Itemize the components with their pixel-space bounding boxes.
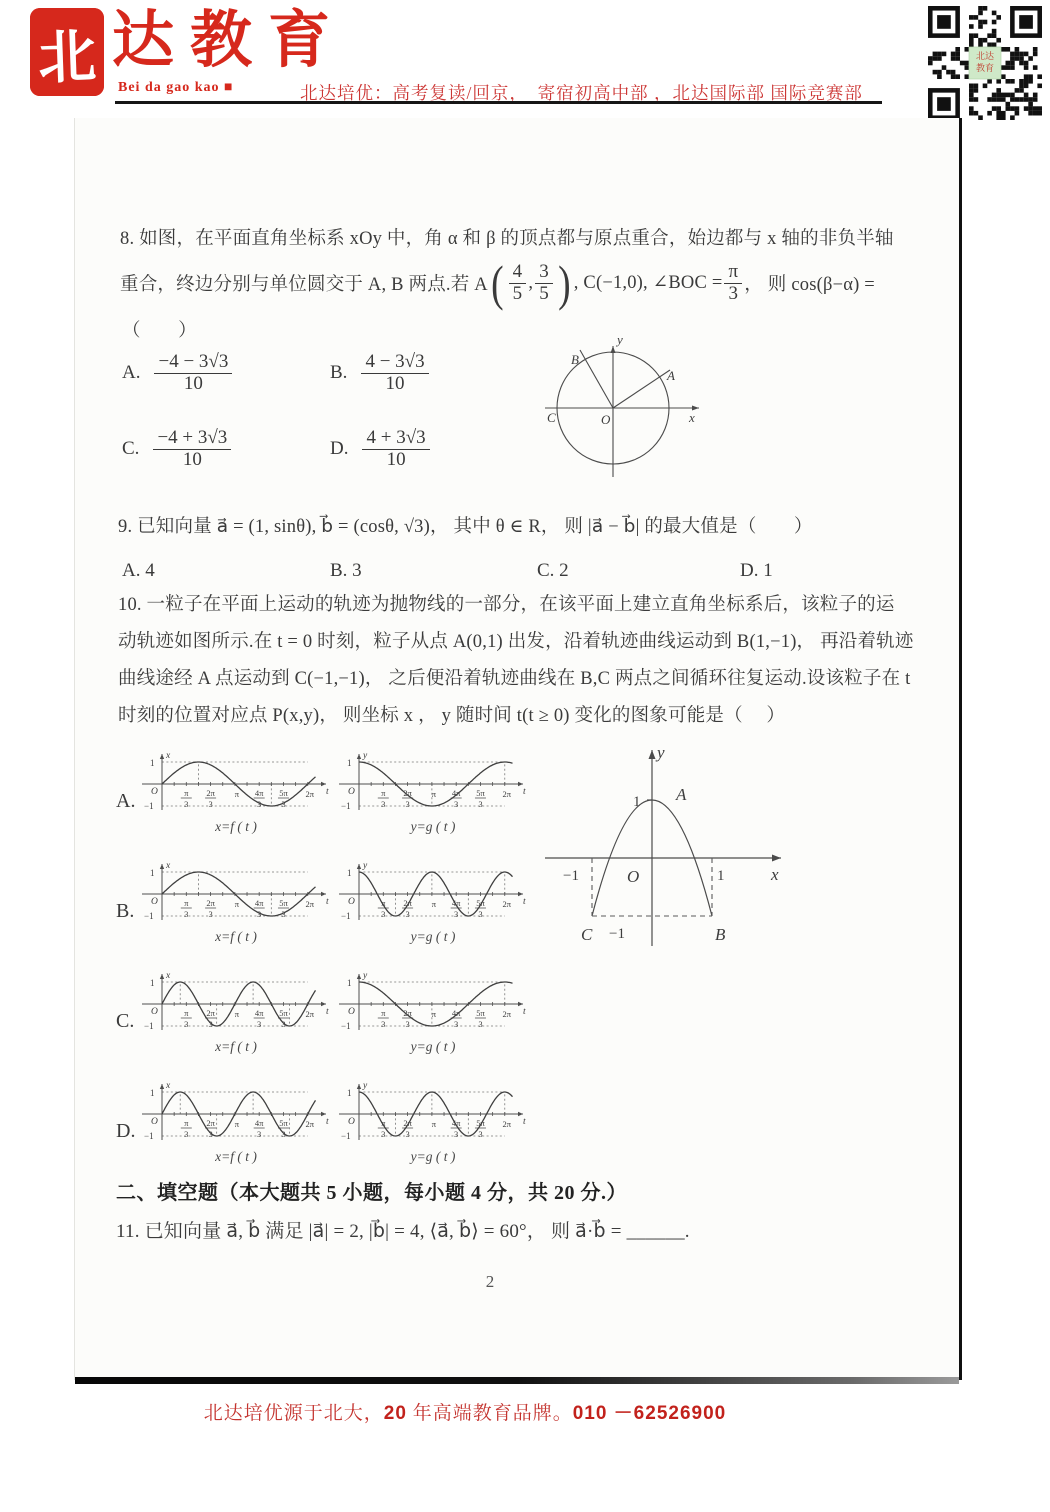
q9-option-d: D. 1: [740, 560, 773, 582]
svg-text:−1: −1: [341, 1131, 351, 1141]
graph-caption: y=g ( t ): [335, 1149, 531, 1165]
svg-text:1: 1: [633, 794, 641, 810]
svg-text:3: 3: [454, 1129, 458, 1139]
svg-text:π: π: [184, 1118, 189, 1128]
q8-option-a: A. −4 − 3√310: [122, 352, 234, 395]
svg-text:π: π: [432, 899, 437, 909]
svg-text:π: π: [381, 1008, 386, 1018]
svg-text:1: 1: [717, 868, 725, 884]
svg-text:3: 3: [208, 799, 212, 809]
svg-text:O: O: [151, 1117, 158, 1127]
q8-unit-circle-figure: y x O A B C: [543, 332, 728, 505]
svg-text:x: x: [165, 971, 171, 981]
svg-text:2π: 2π: [206, 788, 215, 798]
svg-text:1: 1: [347, 758, 352, 768]
q10-option-b-label: B.: [116, 900, 134, 923]
svg-text:5π: 5π: [476, 1008, 485, 1018]
q8-option-d: D. 4 + 3√310: [330, 428, 432, 471]
svg-text:4π: 4π: [452, 788, 461, 798]
q10-option-d-label: D.: [116, 1120, 135, 1143]
svg-text:5π: 5π: [279, 1118, 288, 1128]
q11-line: 11. 已知向量 a⃗, b⃗ 满足 |a⃗| = 2, |b⃗| = 4, ⟨…: [116, 1216, 690, 1243]
q10-option-c-label: C.: [116, 1010, 134, 1033]
svg-text:5π: 5π: [279, 1008, 288, 1018]
svg-text:π: π: [235, 1119, 240, 1129]
q9-option-a: A. 4: [122, 560, 155, 582]
q10-option-d-graph-x: xtO1−1π32π3π4π35π32πx=f ( t ): [138, 1078, 334, 1142]
svg-text:O: O: [151, 897, 158, 907]
q10-option-c-graph-y: ytO1−1π32π3π4π35π32πy=g ( t ): [335, 968, 531, 1032]
svg-text:−1: −1: [341, 801, 351, 811]
svg-text:5π: 5π: [279, 788, 288, 798]
svg-text:2π: 2π: [502, 1119, 511, 1129]
q10-option-a-label: A.: [116, 790, 135, 813]
svg-text:π: π: [235, 1009, 240, 1019]
svg-text:3: 3: [478, 1129, 482, 1139]
svg-text:3: 3: [257, 799, 261, 809]
seal-character: 北: [37, 9, 98, 95]
svg-text:B: B: [571, 352, 579, 367]
svg-text:3: 3: [184, 909, 188, 919]
svg-text:O: O: [601, 412, 611, 427]
q8-line1: 8. 如图，在平面直角坐标系 xOy 中，角 α 和 β 的顶点都与原点重合，始…: [120, 224, 894, 250]
q8-option-c: C. −4 + 3√310: [122, 428, 233, 471]
svg-text:π: π: [381, 898, 386, 908]
svg-text:2π: 2π: [305, 789, 314, 799]
q10-line4: 时刻的位置对应点 P(x,y)， 则坐标 x ， y 随时间 t(t ≥ 0) …: [118, 701, 785, 727]
svg-text:3: 3: [257, 909, 261, 919]
q9-option-b: B. 3: [330, 560, 362, 582]
svg-text:4π: 4π: [452, 1118, 461, 1128]
svg-text:1: 1: [347, 1088, 352, 1098]
svg-text:t: t: [523, 787, 526, 797]
svg-text:3: 3: [184, 1129, 188, 1139]
svg-text:t: t: [523, 897, 526, 907]
svg-text:3: 3: [257, 1129, 261, 1139]
brand-subtitle: Bei da gao kao ■: [118, 80, 233, 96]
svg-text:4π: 4π: [255, 1008, 264, 1018]
svg-text:3: 3: [281, 1019, 285, 1029]
svg-text:B: B: [715, 925, 726, 944]
svg-text:π: π: [381, 788, 386, 798]
svg-text:5π: 5π: [279, 898, 288, 908]
q10-option-a-graph-y: ytO1−1π32π3π4π35π32πy=g ( t ): [335, 748, 531, 812]
svg-text:2π: 2π: [403, 1008, 412, 1018]
svg-text:3: 3: [257, 1019, 261, 1029]
svg-text:y: y: [362, 1081, 368, 1091]
svg-text:3: 3: [381, 1019, 385, 1029]
q9-option-c: C. 2: [537, 560, 569, 582]
graph-caption: y=g ( t ): [335, 819, 531, 835]
svg-text:π: π: [184, 898, 189, 908]
svg-text:5π: 5π: [476, 898, 485, 908]
svg-text:3: 3: [281, 1129, 285, 1139]
svg-text:1: 1: [150, 758, 155, 768]
svg-text:2π: 2π: [305, 1119, 314, 1129]
header-divider: [115, 101, 882, 104]
svg-text:2π: 2π: [305, 899, 314, 909]
svg-text:4π: 4π: [255, 788, 264, 798]
svg-text:−1: −1: [144, 911, 154, 921]
svg-text:3: 3: [381, 1129, 385, 1139]
graph-caption: x=f ( t ): [138, 929, 334, 945]
svg-text:3: 3: [281, 909, 285, 919]
svg-text:π: π: [235, 899, 240, 909]
svg-text:x: x: [165, 861, 171, 871]
svg-text:y: y: [362, 861, 368, 871]
svg-text:1: 1: [150, 978, 155, 988]
svg-text:O: O: [348, 1117, 355, 1127]
graph-caption: x=f ( t ): [138, 1149, 334, 1165]
q8-answer-blank: （ ）: [122, 316, 197, 342]
svg-text:5π: 5π: [476, 788, 485, 798]
svg-text:3: 3: [281, 799, 285, 809]
svg-text:t: t: [326, 1117, 329, 1127]
svg-text:北达: 北达: [976, 50, 994, 61]
svg-text:2π: 2π: [403, 898, 412, 908]
svg-text:2π: 2π: [206, 1118, 215, 1128]
svg-text:−1: −1: [144, 1021, 154, 1031]
svg-text:t: t: [326, 1007, 329, 1017]
svg-text:3: 3: [208, 1019, 212, 1029]
svg-text:2π: 2π: [305, 1009, 314, 1019]
svg-text:2π: 2π: [403, 788, 412, 798]
svg-text:3: 3: [208, 909, 212, 919]
svg-text:π: π: [432, 1119, 437, 1129]
svg-text:3: 3: [454, 799, 458, 809]
fraction-3-5: 35: [535, 262, 553, 305]
q10-option-c-graph-x: xtO1−1π32π3π4π35π32πx=f ( t ): [138, 968, 334, 1032]
q10-option-d-graph-y: ytO1−1π32π3π4π35π32πy=g ( t ): [335, 1078, 531, 1142]
svg-text:y: y: [655, 743, 665, 762]
svg-text:4π: 4π: [452, 898, 461, 908]
svg-text:2π: 2π: [206, 898, 215, 908]
svg-text:t: t: [523, 1007, 526, 1017]
svg-text:y: y: [362, 751, 368, 761]
svg-text:−1: −1: [341, 911, 351, 921]
svg-text:O: O: [151, 1007, 158, 1017]
svg-text:1: 1: [150, 868, 155, 878]
footer-phone: 010 －62526900: [573, 1403, 727, 1424]
q8-option-b: B. 4 − 3√310: [330, 352, 431, 395]
svg-text:3: 3: [381, 799, 385, 809]
svg-text:3: 3: [478, 799, 482, 809]
svg-text:O: O: [627, 867, 639, 886]
fraction-pi-3: π3: [724, 262, 742, 305]
svg-text:3: 3: [478, 1019, 482, 1029]
svg-text:2π: 2π: [206, 1008, 215, 1018]
q8-line2: 重合，终边分别与单位圆交于 A, B 两点.若 A ( 45 , 35 ) , …: [120, 252, 875, 314]
svg-text:π: π: [184, 1008, 189, 1018]
svg-text:3: 3: [405, 1019, 409, 1029]
graph-caption: x=f ( t ): [138, 1039, 334, 1055]
svg-text:−1: −1: [144, 801, 154, 811]
svg-text:y: y: [615, 332, 623, 347]
svg-text:O: O: [348, 897, 355, 907]
svg-text:4π: 4π: [255, 898, 264, 908]
svg-text:π: π: [432, 789, 437, 799]
q9-line: 9. 已知向量 a⃗ = (1, sinθ), b⃗ = (cosθ, √3)，…: [118, 512, 813, 538]
svg-text:3: 3: [478, 909, 482, 919]
svg-text:2π: 2π: [502, 899, 511, 909]
svg-text:π: π: [235, 789, 240, 799]
svg-text:−1: −1: [144, 1131, 154, 1141]
svg-text:2π: 2π: [502, 1009, 511, 1019]
graph-caption: y=g ( t ): [335, 1039, 531, 1055]
svg-text:π: π: [381, 1118, 386, 1128]
section2-title: 二、填空题（本大题共 5 小题，每小题 4 分，共 20 分.）: [116, 1176, 627, 1205]
svg-text:3: 3: [208, 1129, 212, 1139]
svg-text:x: x: [165, 1081, 171, 1091]
svg-text:t: t: [326, 897, 329, 907]
q10-line3: 曲线途经 A 点运动到 C(−1,−1)， 之后便沿着轨迹曲线在 B,C 两点之…: [118, 664, 910, 690]
svg-text:−1: −1: [609, 926, 625, 942]
svg-text:x: x: [688, 410, 695, 425]
svg-text:C: C: [547, 410, 556, 425]
svg-text:3: 3: [454, 1019, 458, 1029]
svg-text:4π: 4π: [452, 1008, 461, 1018]
brand-title: 达教育: [112, 2, 346, 80]
page-bottom-edge: [75, 1377, 959, 1384]
brand-seal-logo: 北: [30, 8, 104, 96]
q10-parabola-figure: y x O A B C 1 1 −1 −1: [543, 740, 798, 955]
svg-text:C: C: [581, 925, 593, 944]
svg-text:t: t: [523, 1117, 526, 1127]
svg-text:O: O: [348, 787, 355, 797]
graph-caption: x=f ( t ): [138, 819, 334, 835]
svg-text:A: A: [675, 785, 687, 804]
svg-text:3: 3: [381, 909, 385, 919]
svg-text:2π: 2π: [403, 1118, 412, 1128]
svg-text:1: 1: [150, 1088, 155, 1098]
svg-text:π: π: [184, 788, 189, 798]
svg-text:−1: −1: [563, 868, 579, 884]
q10-line1: 10. 一粒子在平面上运动的轨迹为抛物线的一部分，在该平面上建立直角坐标系后，该…: [118, 590, 895, 616]
q10-line2: 动轨迹如图所示.在 t = 0 时刻，粒子从点 A(0,1) 出发，沿着轨迹曲线…: [118, 627, 914, 653]
svg-text:π: π: [432, 1009, 437, 1019]
close-paren: ): [558, 261, 571, 306]
svg-text:3: 3: [405, 799, 409, 809]
svg-text:O: O: [151, 787, 158, 797]
svg-text:x: x: [165, 751, 171, 761]
page-number: 2: [420, 1272, 560, 1292]
footer-slogan: 北达培优源于北大，20 年高端教育品牌。010 －62526900: [0, 1398, 930, 1425]
svg-text:O: O: [348, 1007, 355, 1017]
svg-text:5π: 5π: [476, 1118, 485, 1128]
svg-text:t: t: [326, 787, 329, 797]
svg-text:3: 3: [454, 909, 458, 919]
svg-text:3: 3: [184, 799, 188, 809]
q10-option-b-graph-y: ytO1−1π32π3π4π35π32πy=g ( t ): [335, 858, 531, 922]
svg-text:y: y: [362, 971, 368, 981]
svg-text:1: 1: [347, 978, 352, 988]
svg-text:x: x: [770, 865, 779, 884]
svg-text:3: 3: [184, 1019, 188, 1029]
fraction-4-5: 45: [509, 262, 527, 305]
graph-caption: y=g ( t ): [335, 929, 531, 945]
svg-text:A: A: [666, 368, 675, 383]
svg-text:3: 3: [405, 909, 409, 919]
svg-text:−1: −1: [341, 1021, 351, 1031]
svg-text:2π: 2π: [502, 789, 511, 799]
q10-option-a-graph-x: xtO1−1π32π3π4π35π32πx=f ( t ): [138, 748, 334, 812]
qr-code: 北达教育: [928, 6, 1042, 120]
svg-text:1: 1: [347, 868, 352, 878]
svg-text:4π: 4π: [255, 1118, 264, 1128]
open-paren: (: [491, 261, 504, 306]
q10-option-b-graph-x: xtO1−1π32π3π4π35π32πx=f ( t ): [138, 858, 334, 922]
svg-text:3: 3: [405, 1129, 409, 1139]
svg-text:教育: 教育: [976, 62, 994, 73]
